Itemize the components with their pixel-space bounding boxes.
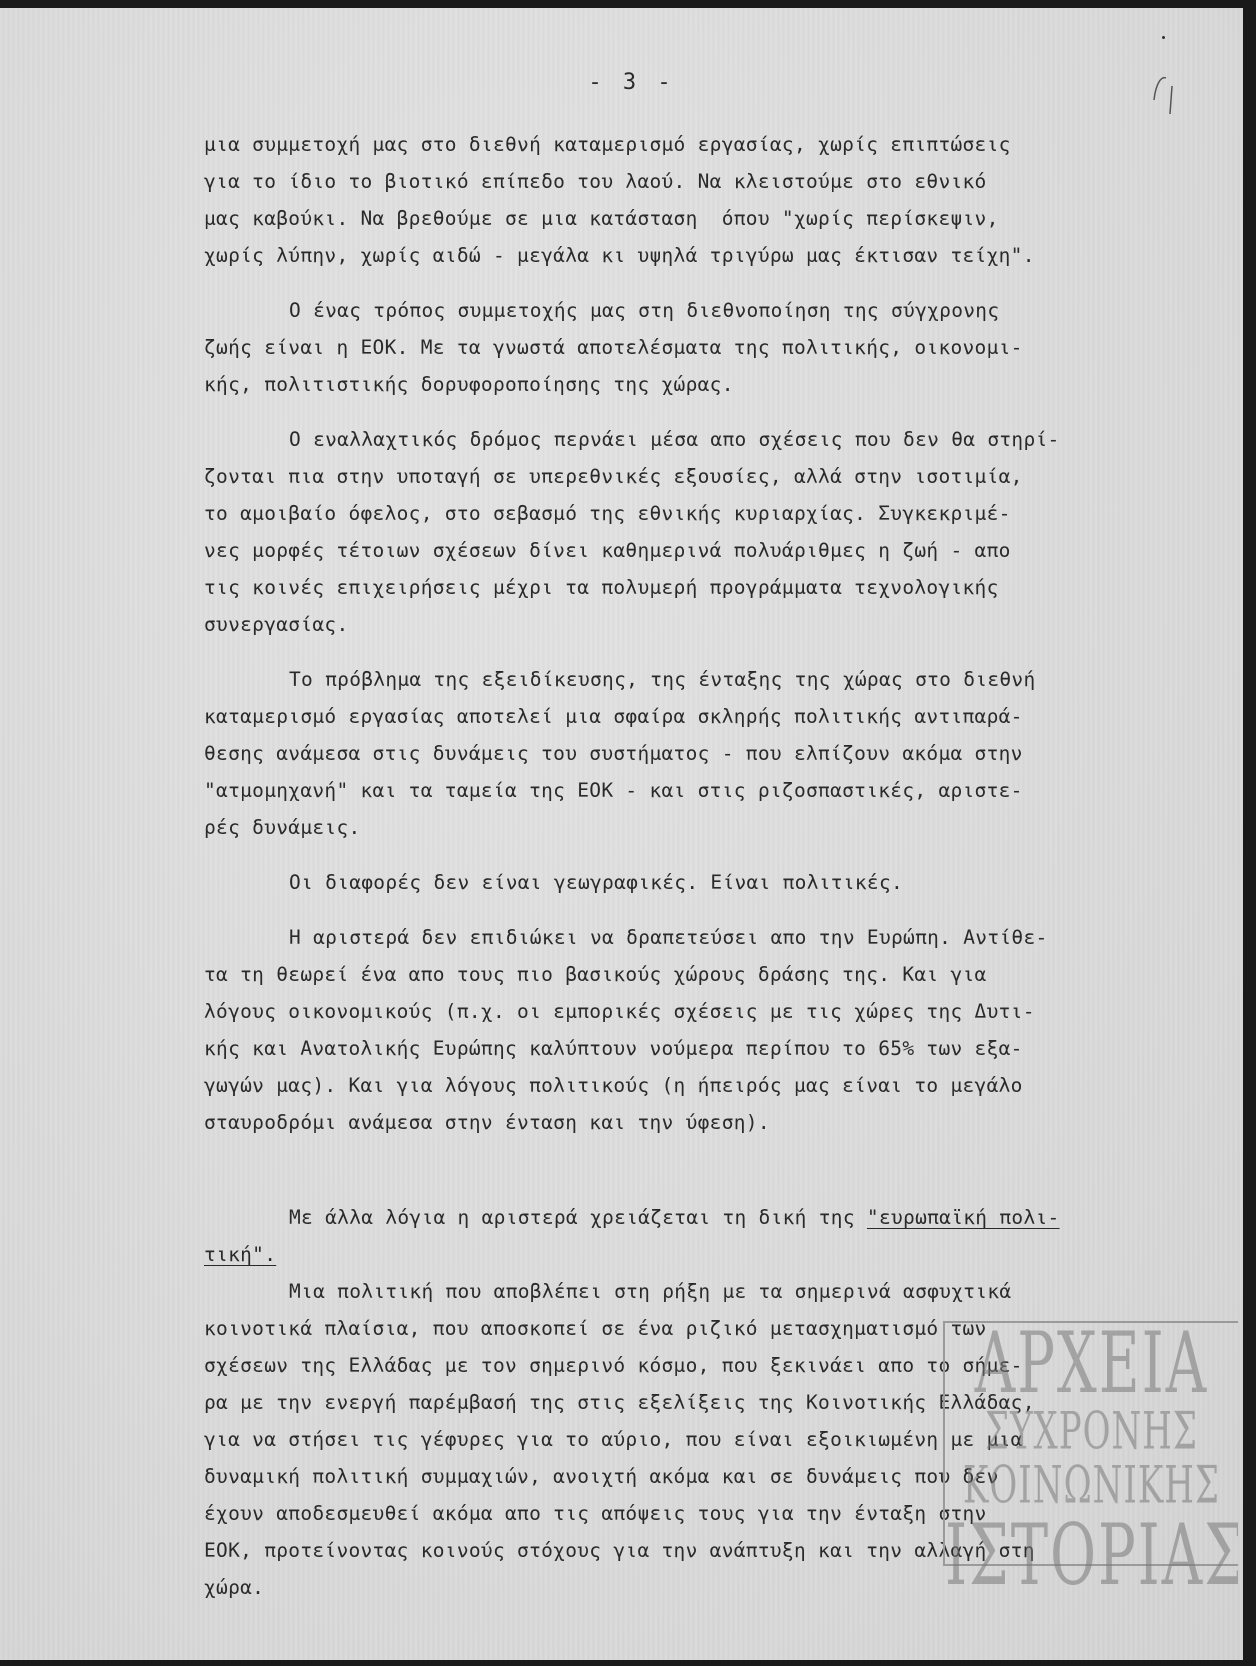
text-line: τική". <box>204 1236 1244 1273</box>
text-line: σχέσεων της Ελλάδας με τον σημερινό κόσμ… <box>204 1347 1244 1384</box>
paragraph: Η αριστερά δεν επιδιώκει να δραπετεύσει … <box>204 919 1244 1141</box>
text-span: Με άλλα λόγια η αριστερά χρειάζεται τη δ… <box>289 1206 867 1229</box>
text-line: ρα με την ενεργή παρέμβασή της στις εξελ… <box>204 1384 1244 1421</box>
text-line: Ο εναλλαχτικός δρόμος περνάει μέσα απο σ… <box>204 421 1244 458</box>
text-line: για να στήσει τις γέφυρες για το αύριο, … <box>204 1421 1244 1458</box>
document-body: μια συμμετοχή μας στο διεθνή καταμερισμό… <box>204 126 1244 1606</box>
ink-dot-mark <box>1162 36 1165 39</box>
text-line: χωρίς λύπην, χωρίς αιδώ - μεγάλα κι υψηλ… <box>204 237 1244 274</box>
text-line: ρές δυνάμεις. <box>204 809 1244 846</box>
paragraph: Οι διαφορές δεν είναι γεωγραφικές. Είναι… <box>204 864 1244 901</box>
paragraph: Μια πολιτική που αποβλέπει στη ρήξη με τ… <box>204 1273 1244 1606</box>
text-line: συνεργασίας. <box>204 606 1244 643</box>
document-page: - 3 - μια συμμετοχή μας στο διεθνή καταμ… <box>0 8 1243 1660</box>
text-line: το αμοιβαίο όφελος, στο σεβασμό της εθνι… <box>204 495 1244 532</box>
text-line: χώρα. <box>204 1569 1244 1606</box>
text-line: τα τη θεωρεί ένα απο τους πιο βασικούς χ… <box>204 956 1244 993</box>
text-line: μας καβούκι. Να βρεθούμε σε μια κατάστασ… <box>204 200 1244 237</box>
page-number: - 3 - <box>0 70 1243 95</box>
text-line: τις κοινές επιχειρήσεις μέχρι τα πολυμερ… <box>204 569 1244 606</box>
text-line: Με άλλα λόγια η αριστερά χρειάζεται τη δ… <box>204 1199 1244 1236</box>
text-line: λόγους οικονομικούς (π.χ. οι εμπορικές σ… <box>204 993 1244 1030</box>
text-line: Μια πολιτική που αποβλέπει στη ρήξη με τ… <box>204 1273 1244 1310</box>
text-line: θεσης ανάμεσα στις δυνάμεις του συστήματ… <box>204 735 1244 772</box>
text-line: ζονται πια στην υποταγή σε υπερεθνικές ε… <box>204 458 1244 495</box>
text-line: Οι διαφορές δεν είναι γεωγραφικές. Είναι… <box>204 864 1244 901</box>
text-line: Ο ένας τρόπος συμμετοχής μας στη διεθνοπ… <box>204 292 1244 329</box>
text-line: μια συμμετοχή μας στο διεθνή καταμερισμό… <box>204 126 1244 163</box>
text-line: κής και Ανατολικής Ευρώπης καλύπτουν νού… <box>204 1030 1244 1067</box>
text-line: Η αριστερά δεν επιδιώκει να δραπετεύσει … <box>204 919 1244 956</box>
underlined-phrase: τική". <box>204 1243 276 1266</box>
text-line: γωγών μας). Και για λόγους πολιτικούς (η… <box>204 1067 1244 1104</box>
text-line: για το ίδιο το βιοτικό επίπεδο του λαού.… <box>204 163 1244 200</box>
text-line: ζωής είναι η ΕΟΚ. Με τα γνωστά αποτελέσμ… <box>204 329 1244 366</box>
text-line: κοινοτικά πλαίσια, που αποσκοπεί σε ένα … <box>204 1310 1244 1347</box>
underlined-phrase: "ευρωπαϊκή πολι- <box>867 1206 1060 1229</box>
text-line: ΕΟΚ, προτείνοντας κοινούς στόχους για τη… <box>204 1532 1244 1569</box>
paragraph: μια συμμετοχή μας στο διεθνή καταμερισμό… <box>204 126 1244 274</box>
text-line: νες μορφές τέτοιων σχέσεων δίνει καθημερ… <box>204 532 1244 569</box>
text-line: δυναμική πολιτική συμμαχιών, ανοιχτή ακό… <box>204 1458 1244 1495</box>
text-line: σταυροδρόμι ανάμεσα στην ένταση και την … <box>204 1104 1244 1141</box>
text-line: "ατμομηχανή" και τα ταμεία της ΕΟΚ - και… <box>204 772 1244 809</box>
paragraph: Το πρόβλημα της εξειδίκευσης, της ένταξη… <box>204 661 1244 846</box>
paragraph: Με άλλα λόγια η αριστερά χρειάζεται τη δ… <box>204 1199 1244 1273</box>
text-line: κής, πολιτιστικής δορυφοροποίησης της χώ… <box>204 366 1244 403</box>
paragraph: Ο εναλλαχτικός δρόμος περνάει μέσα απο σ… <box>204 421 1244 643</box>
text-line: έχουν αποδεσμευθεί ακόμα απο τις απόψεις… <box>204 1495 1244 1532</box>
text-line: καταμερισμό εργασίας αποτελεί μια σφαίρα… <box>204 698 1244 735</box>
text-line: Το πρόβλημα της εξειδίκευσης, της ένταξη… <box>204 661 1244 698</box>
paragraph: Ο ένας τρόπος συμμετοχής μας στη διεθνοπ… <box>204 292 1244 403</box>
